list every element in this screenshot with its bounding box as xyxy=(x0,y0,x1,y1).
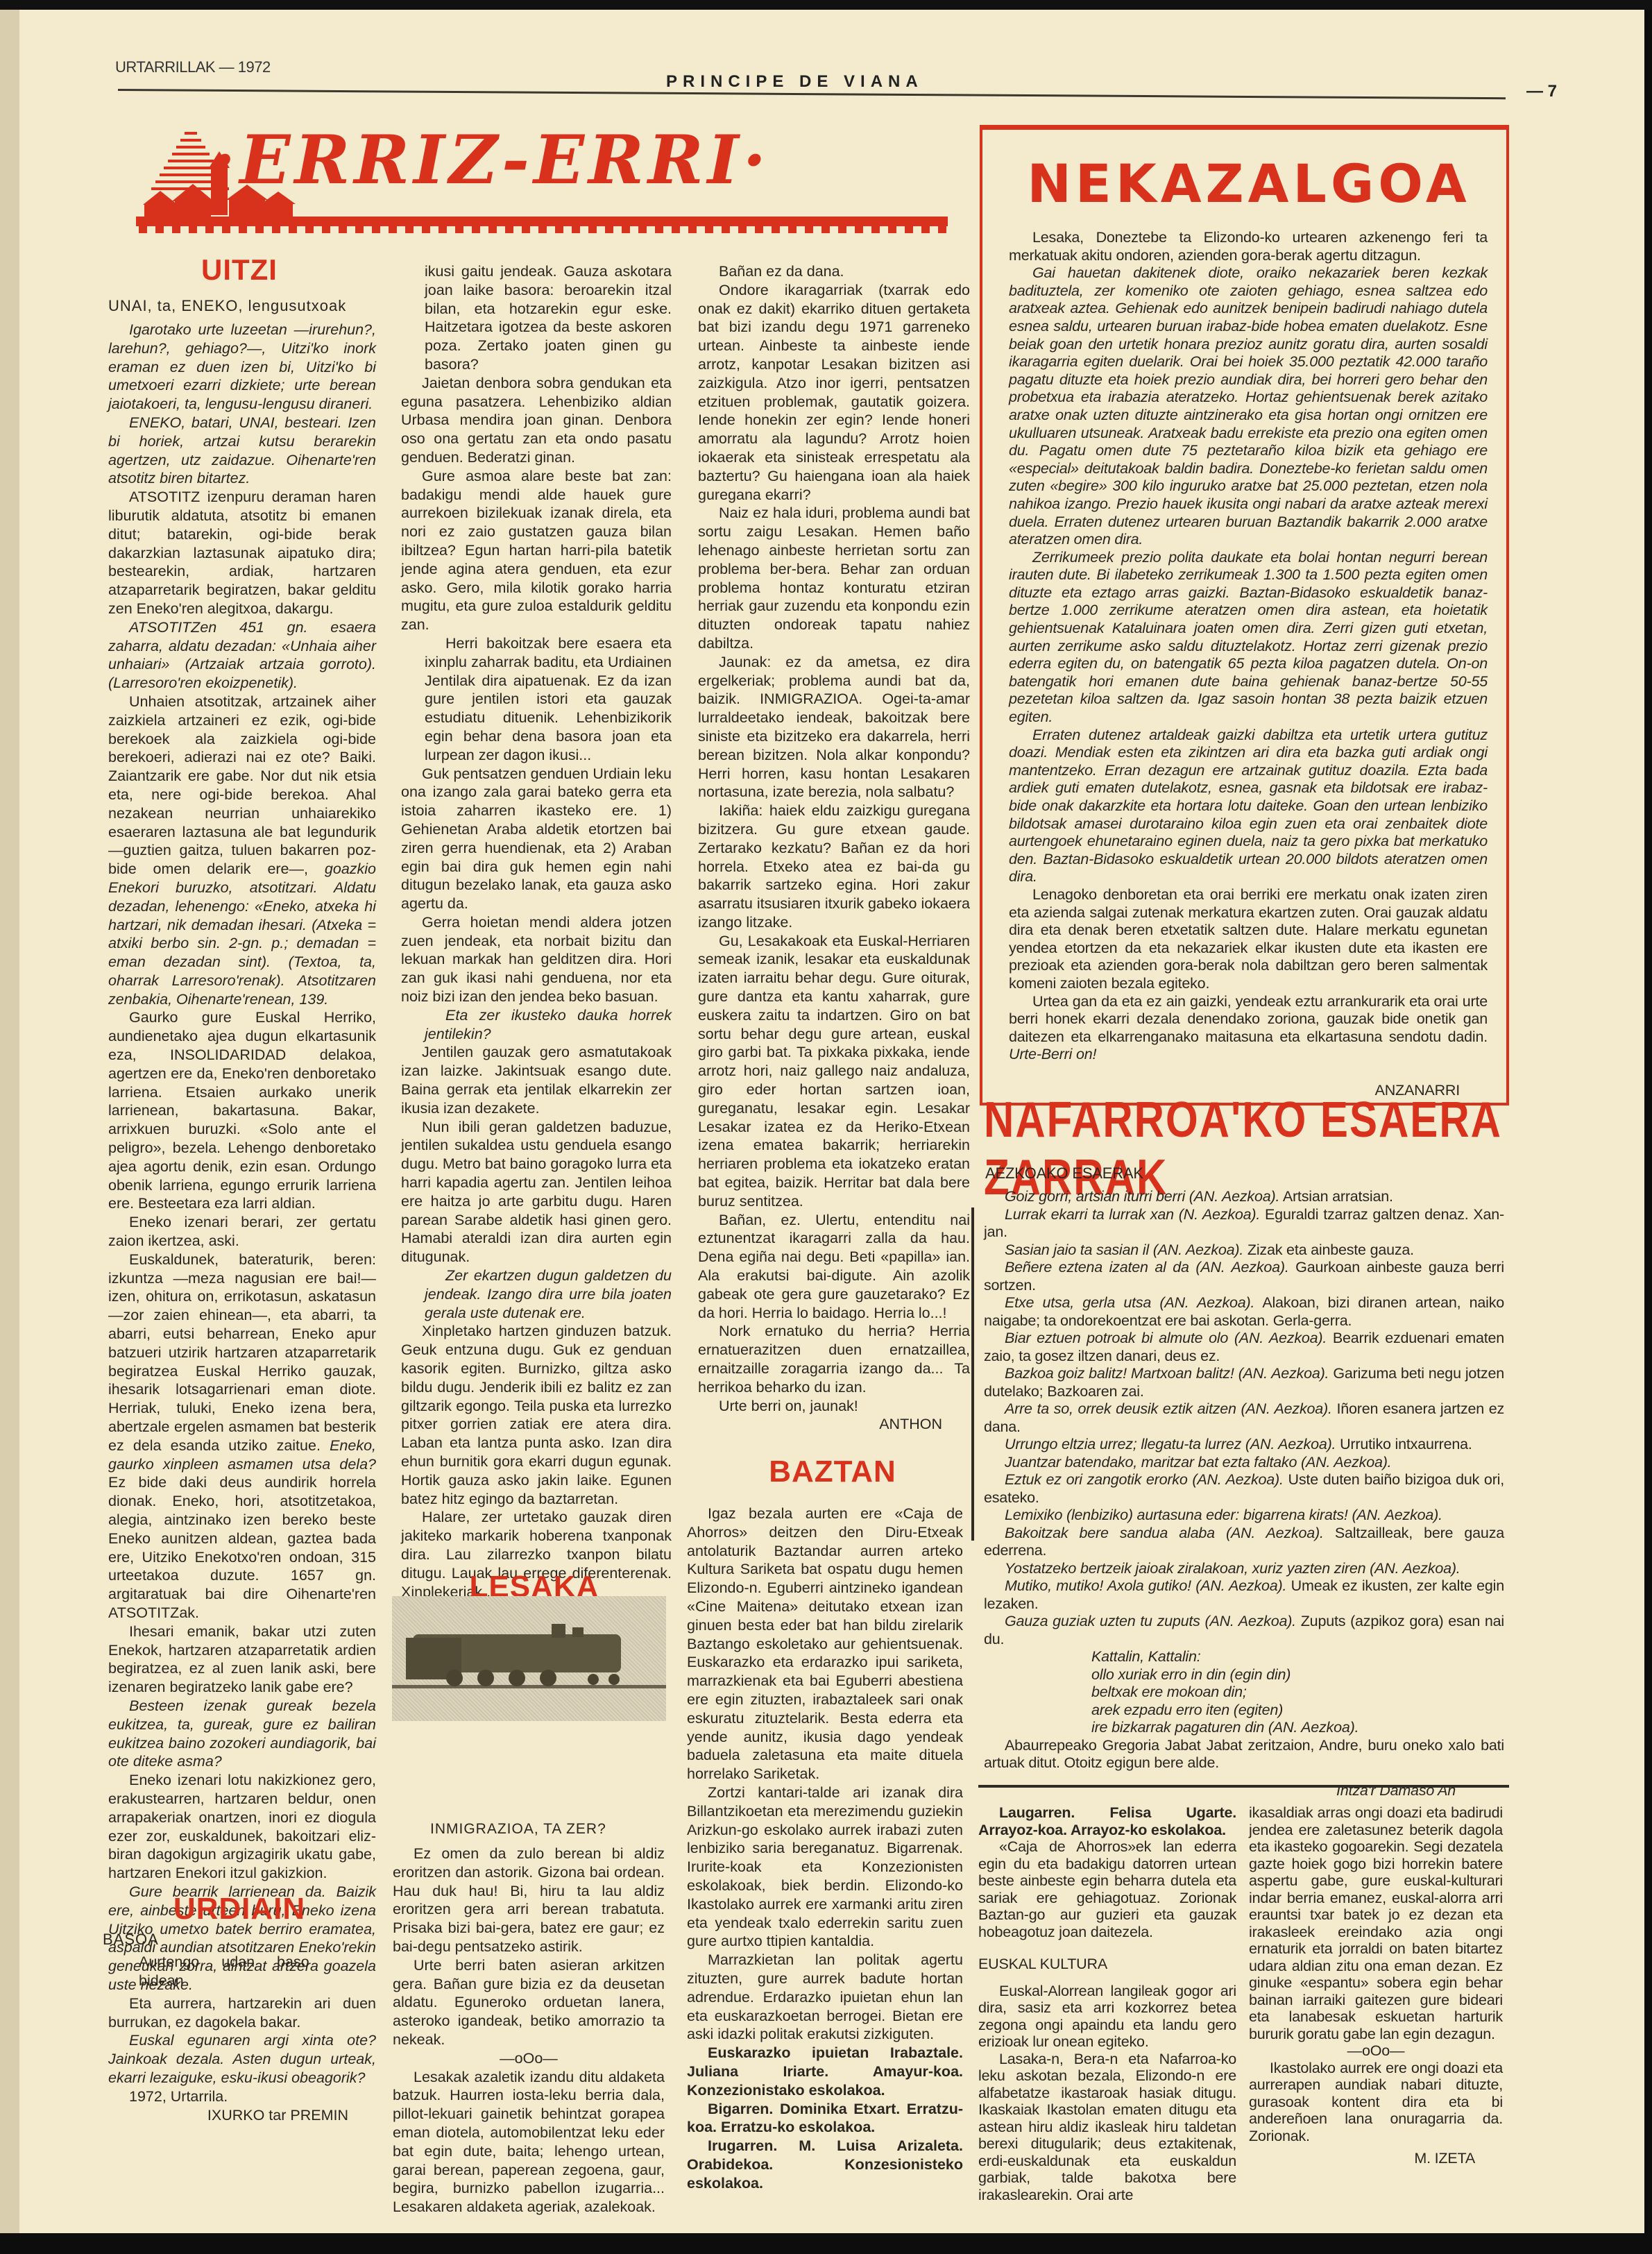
paragraph: Iakiña: haiek eldu zaizkigu guregana biz… xyxy=(698,802,970,932)
saying-item: Goiz gorri, artsian iturri berri (AN. Ae… xyxy=(984,1188,1504,1206)
paragraph: Zortzi kantari-talde ari izanak dira Bil… xyxy=(687,1783,963,1951)
paragraph: Zer ekartzen dugun galdetzen du jendeak.… xyxy=(401,1266,672,1322)
paragraph: —oOo— xyxy=(1249,2042,1503,2060)
paragraph: Jentilen gauzak gero asmatutakoak izan l… xyxy=(401,1043,672,1117)
article-subheading: INMIGRAZIOA, TA ZER? xyxy=(430,1821,606,1838)
article-uitzi: Igarotako urte luzeetan —irurehun?, lare… xyxy=(108,321,376,2124)
paragraph: Gerra hoietan mendi aldera jotzen zuen j… xyxy=(401,913,672,1006)
saying-item: Biar eztuen potroak bi almute olo (AN. A… xyxy=(984,1330,1504,1365)
paragraph: Erraten dutenez artaldeak gaizki dabiltz… xyxy=(1009,727,1488,886)
article-lesaka-part2: Bañan ez da dana.Ondore ikaragarriak (tx… xyxy=(698,262,970,1434)
poem-verse: Kattalin, Kattalin:ollo xuriak erro in d… xyxy=(984,1648,1504,1737)
article-esaerak: Goiz gorri, artsian iturri berri (AN. Ae… xyxy=(984,1188,1504,1799)
scan-border xyxy=(0,0,1652,10)
paragraph: Marrazkietan lan politak agertu zituzten… xyxy=(687,1951,963,2044)
paragraph: ATSOTITZen 451 gn. esaera zaharra, aldat… xyxy=(108,618,376,693)
section-heading-nekazalgoa: NEKAZALGOA xyxy=(999,153,1499,214)
paragraph: Gure asmoa alare beste bat zan: badakigu… xyxy=(401,467,672,634)
saying-item: Bakoitzak bere sandua alaba (AN. Aezkoa)… xyxy=(984,1525,1504,1560)
paragraph: EUSKAL KULTURA xyxy=(978,1956,1236,1973)
article-subheading: UNAI, ta, ENEKO, lengusutxoak xyxy=(108,297,346,315)
section-heading-baztan: BAZTAN xyxy=(694,1455,971,1489)
article-nekazalgoa: Lesaka, Doneztebe ta Elizondo-ko urteare… xyxy=(1009,229,1488,1100)
newspaper-page: URTARRILLAK — 1972 PRINCIPE DE VIANA — 7 xyxy=(0,0,1644,2233)
saying-item: Mutiko, mutiko! Axola gutiko! (AN. Aezko… xyxy=(984,1577,1504,1613)
poem-line: ollo xuriak erro in din (egin din) xyxy=(1091,1666,1504,1684)
paragraph: Gaurko gure Euskal Herriko, aundienetako… xyxy=(108,1008,376,1213)
paragraph: Lesakak azaletik izandu ditu aldaketa ba… xyxy=(393,2068,665,2217)
paragraph: Eta zer ikusteko dauka horrek jentilekin… xyxy=(401,1006,672,1044)
article-subheading: BASOA xyxy=(103,1931,159,1949)
paragraph: Ikastolako aurrek ere ongi doazi eta aur… xyxy=(1249,2060,1503,2145)
paragraph: Zerrikumeek prezio polita daukate eta bo… xyxy=(1009,549,1488,727)
paragraph: Nun ibili geran galdetzen baduzue, jenti… xyxy=(401,1118,672,1266)
paragraph: ATSOTITZ izenpuru deraman haren liburuti… xyxy=(108,488,376,618)
article-baztan-continued-a: Laugarren. Felisa Ugarte. Arrayoz-koa. A… xyxy=(978,1804,1236,2203)
paragraph: Ez omen da zulo berean bi aldiz eroritze… xyxy=(393,1845,665,1956)
paragraph: Bañan, ez. Ulertu, entenditu nai eztunen… xyxy=(698,1211,970,1323)
paragraph: ENEKO, batari, UNAI, besteari. Izen bi h… xyxy=(108,414,376,488)
paragraph: Ihesari emanik, bakar utzi zuten Enekok,… xyxy=(108,1622,376,1697)
article-urdiain: ikusi gaitu jendeak. Gauza askotara joan… xyxy=(401,262,672,1620)
poem-line: arek ezpadu erro iten (egiten) xyxy=(1091,1702,1504,1720)
saying-item: Bazkoa goiz balitz! Martxoan balitz! (AN… xyxy=(984,1365,1504,1400)
paragraph: Ondore ikaragarriak (txarrak edo onak ez… xyxy=(698,281,970,505)
paragraph: Igarotako urte luzeetan —irurehun?, lare… xyxy=(108,321,376,414)
erriz-erri-banner: ·ERRIZ-ERRI· xyxy=(129,118,955,236)
paragraph: Xinpletako hartzen ginduzen batzuk. Geuk… xyxy=(401,1322,672,1508)
paragraph: Besteen izenak gureak bezela eukitzea, t… xyxy=(108,1697,376,1771)
locomotive-icon xyxy=(392,1596,666,1721)
paragraph: Euskarazko ipuietan Irabaztale. Juliana … xyxy=(687,2044,963,2099)
article-baztan: Igaz bezala aurten ere «Caja de Ahorros»… xyxy=(687,1505,963,2192)
saying-item: Sasian jaio ta sasian il (AN. Aezkoa). Z… xyxy=(984,1242,1504,1260)
paragraph: Bigarren. Dominika Etxart. Erratzu-koa. … xyxy=(687,2100,963,2137)
section-rule xyxy=(978,1785,1509,1788)
section-heading-urdiain: URDIAIN xyxy=(104,1892,375,1926)
saying-item: Arre ta so, orrek deusik eztik aitzen (A… xyxy=(984,1400,1504,1436)
author-signature: M. IZETA xyxy=(1249,2150,1503,2167)
paragraph: Urte berri on, jaunak! xyxy=(698,1397,970,1416)
article-subheading: AEZKOAKO ESAERAK xyxy=(985,1164,1143,1183)
saying-item: Juantzar batendako, maritzar bat ezta fa… xyxy=(984,1454,1504,1472)
saying-item: Gauza guziak uzten tu zuputs (AN. Aezkoa… xyxy=(984,1613,1504,1648)
paragraph: Jaunak: ez da ametsa, ez dira ergelkeria… xyxy=(698,653,970,802)
saying-item: Lemixiko (lenbiziko) aurtasuna eder: big… xyxy=(984,1507,1504,1525)
paragraph: Lesaka, Doneztebe ta Elizondo-ko urteare… xyxy=(1009,229,1488,264)
article-baztan-continued-b: ikasaldiak arras ongi doazi eta badirudi… xyxy=(1249,1804,1503,2167)
paragraph: Nork ernatuko du herria? Herria ernatuer… xyxy=(698,1322,970,1396)
saying-item: Eztuk ez ori zangotik erorko (AN. Aezkoa… xyxy=(984,1471,1504,1507)
closing-note: Abaurrepeako Gregoria Jabat Jabat zeritz… xyxy=(984,1737,1504,1772)
paragraph: Laugarren. Felisa Ugarte. Arrayoz-koa. A… xyxy=(978,1804,1236,1838)
author-signature: IXURKO tar PREMIN xyxy=(108,2106,376,2125)
paragraph: Euskaldunek, bateraturik, beren: izkuntz… xyxy=(108,1251,376,1622)
saying-item: Yostatzeko bertzeik jaioak ziralakoan, x… xyxy=(984,1560,1504,1578)
paragraph: Urte berri baten asieran arkitzen gera. … xyxy=(393,1956,665,2049)
paragraph: Igaz bezala aurten ere «Caja de Ahorros»… xyxy=(687,1505,963,1783)
column-rule xyxy=(971,1207,974,1541)
publication-name: PRINCIPE DE VIANA xyxy=(666,72,923,92)
poem-line: ire bizkarrak pagaturen din (AN. Aezkoa)… xyxy=(1091,1719,1504,1737)
paragraph: Gu, Lesakakoak eta Euskal-Herriaren seme… xyxy=(698,932,970,1211)
issue-date: URTARRILLAK — 1972 xyxy=(115,58,271,76)
section-heading-uitzi: UITZI xyxy=(111,253,368,287)
paragraph: Euskal egunaren argi xinta ote? Jainkoak… xyxy=(108,2031,376,2087)
paragraph: ikusi gaitu jendeak. Gauza askotara joan… xyxy=(401,262,672,374)
paragraph: Unhaien atsotitzak, artzainek aiher zaiz… xyxy=(108,693,376,1009)
paragraph: Lasaka-n, Bera-n eta Nafarroa-ko leku as… xyxy=(978,2051,1236,2204)
saying-item: Beñere eztena izaten al da (AN. Aezkoa).… xyxy=(984,1259,1504,1294)
paragraph: Naiz ez hala iduri, problema aundi bat s… xyxy=(698,504,970,652)
paragraph: 1972, Urtarrila. xyxy=(108,2087,376,2106)
locomotive-photo xyxy=(392,1596,666,1721)
banner-title: ·ERRIZ-ERRI· xyxy=(212,121,770,199)
paragraph: Lenagoko denboretan eta orai berriki ere… xyxy=(1009,886,1488,993)
article-first-line: Aurtengo udan baso bidean xyxy=(139,1953,368,1990)
page-edge xyxy=(0,0,19,2233)
paragraph: «Caja de Ahorros»ek lan ederra egin du e… xyxy=(978,1838,1236,1940)
paragraph: Eneko izenari berari, zer gertatu zaion … xyxy=(108,1213,376,1251)
poem-line: beltxak ere mokoan din; xyxy=(1091,1684,1504,1702)
paragraph: Herri bakoitzak bere esaera eta ixinplu … xyxy=(401,634,672,765)
saying-item: Lurrak ekarri ta lurrak xan (N. Aezkoa).… xyxy=(984,1206,1504,1242)
page-number: — 7 xyxy=(1526,82,1557,101)
saying-item: Urrungo eltzia urrez; llegatu-ta lurrez … xyxy=(984,1436,1504,1454)
author-signature: ANTHON xyxy=(698,1415,970,1434)
paragraph: Urtea gan da eta ez ain gaizki, yendeak … xyxy=(1009,993,1488,1064)
paragraph: Jaietan denbora sobra gendukan eta eguna… xyxy=(401,374,672,467)
article-lesaka-part1: Ez omen da zulo berean bi aldiz eroritze… xyxy=(393,1845,665,2217)
paragraph: Eta aurrera, hartzarekin ari duen burruk… xyxy=(108,1994,376,2032)
paragraph: Eneko izenari lotu nakizkionez gero, era… xyxy=(108,1771,376,1883)
saying-item: Etxe utsa, gerla utsa (AN. Aezkoa). Alak… xyxy=(984,1294,1504,1330)
paragraph: Guk pentsatzen genduen Urdiain leku ona … xyxy=(401,765,672,913)
paragraph: —oOo— xyxy=(393,2049,665,2068)
poem-line: Kattalin, Kattalin: xyxy=(1091,1648,1504,1666)
paragraph: Gai hauetan dakitenek diote, oraiko neka… xyxy=(1009,264,1488,549)
paragraph: Euskal-Alorrean langileak gogor ari dira… xyxy=(978,1983,1236,2051)
paragraph: Irugarren. M. Luisa Arizaleta. Orabideko… xyxy=(687,2137,963,2192)
paragraph: ikasaldiak arras ongi doazi eta badirudi… xyxy=(1249,1804,1503,2042)
paragraph: Bañan ez da dana. xyxy=(698,262,970,281)
